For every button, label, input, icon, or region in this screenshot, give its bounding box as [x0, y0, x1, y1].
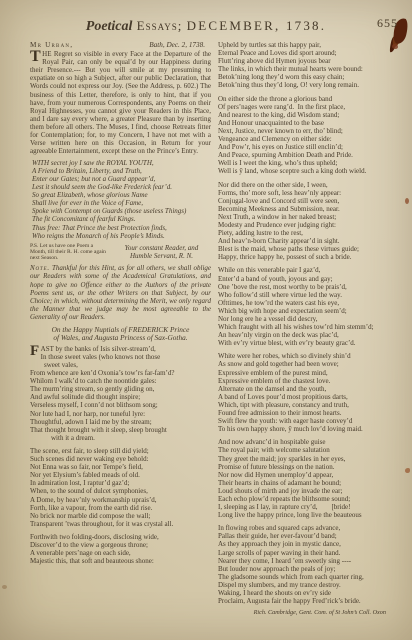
poem-line: And nearest to the king, did Wisdom stan… [218, 111, 404, 119]
poem-line: Who follow’d still where virtue led the … [218, 291, 404, 299]
poem-line: AST by the banks of Isis silver-stream’d… [30, 345, 211, 353]
poem-line: While on this venerable pair I gaz’d, [218, 266, 404, 274]
poem-line: Upheld by turtles sat this happy pair, [218, 41, 404, 49]
poem-line: Verseless myself, I conn’d not blithsom … [30, 401, 211, 409]
nuptials-poem-right-stanzas: Upheld by turtles sat this happy pair,Et… [218, 41, 404, 605]
poem-line: Not Enna was so fair, nor Tempe’s field, [30, 463, 211, 471]
poem-line: When, to the sound of dulcet symphonies, [30, 487, 211, 495]
poem-line: Nor long ere he a vessel did descry, [218, 315, 404, 323]
nuptials-heading-line-2: of Wales, and Augusta Princess of Sax-Go… [30, 334, 211, 342]
poem-line: And heav’n-born Charity appear’d in sigh… [218, 237, 404, 245]
poem-line: Becoming Meekness and Submission, near. [218, 205, 404, 213]
poem-line: The scene, erst fair, to sleep still did… [30, 447, 211, 455]
running-header: Poetical Essays; DECEMBER, 1738. 655 [0, 0, 412, 35]
nuptials-heading: On the Happy Nuptials of FREDERICK Princ… [30, 326, 211, 343]
poem-stanza: Forthwith two folding-doors, disclosing … [30, 533, 211, 565]
nuptials-poem-left-stanzas: The scene, erst fair, to sleep still did… [30, 447, 211, 565]
poem-line: White were her robes, which so divinely … [218, 352, 404, 360]
poem-line: Who reigns the Monarch of his People’s M… [32, 232, 211, 240]
poem-line: A Dome, by heav’nly workmanship uprais’d… [30, 496, 211, 504]
poem-line: Next, Justice, never known to err, tho’ … [218, 127, 404, 135]
text-columns: Mr Urban, Bath, Dec. 2, 1738. THE Regret… [0, 35, 412, 617]
poem-stanza: On either side the throne a glorious ban… [218, 95, 404, 176]
poem-line: To his own happy shore, ȳ much lov’d lov… [218, 425, 404, 433]
poem-stanza: Nor did there on the other side, I ween,… [218, 181, 404, 262]
poem-line: Ofttimes, he tow’rd the waters cast his … [218, 299, 404, 307]
poem-line: Whilom I walk’d to catch the noontide ga… [30, 377, 211, 385]
letter-paragraph: THE Regret so visible in every Face at t… [30, 50, 211, 155]
poem-line: Enter’d a band of youth, joyous and gay; [218, 275, 404, 283]
poem-line: On either side the throne a glorious ban… [218, 95, 404, 103]
poem-line: Betok’ning thus they’d long, O! very lon… [218, 81, 404, 89]
poem-line: Well is ȳ land, whose sceptre such a kin… [218, 167, 404, 175]
poem-line: Eternal Peace and Loves did sport around… [218, 49, 404, 57]
poem-line: Found free admission to their inmost hea… [218, 409, 404, 417]
poem-line: Forth, like a vapour, from the earth did… [30, 504, 211, 512]
poem-line: A venerable pers’nage on each side, [30, 549, 211, 557]
left-column: Mr Urban, Bath, Dec. 2, 1738. THE Regret… [30, 41, 211, 617]
right-column: Upheld by turtles sat this happy pair,Et… [218, 41, 404, 617]
poem-line: The links, in which their mutual hearts … [218, 65, 404, 73]
poem-line: Each echo plow’d repeats the blithsome s… [218, 495, 404, 503]
poem-line: Thoughtful, adown I laid me by the strea… [30, 418, 211, 426]
poem-stanza: In flowing robes and squared caps advanc… [218, 524, 404, 605]
poem-stanza: While on this venerable pair I gaz’d,Ent… [218, 266, 404, 347]
poem-line: A band of Loves pour’d most propitious d… [218, 393, 404, 401]
poem-line: Conjugal-love and Concord still were see… [218, 197, 404, 205]
entry-poem: WITH secret joy I saw the ROYAL YOUTH,A … [32, 159, 211, 240]
signature-line-2: Humble Servant, R. N. [112, 252, 211, 260]
poem-line: Large scrolls of paper waving in their h… [218, 549, 404, 557]
poem-line: Blest is the maid, whose paths these vir… [218, 245, 404, 253]
poem-line: Pallas their guide, her ever-favour’d ba… [218, 532, 404, 540]
poem-line: Majestic this, that soft and beauteous s… [30, 557, 211, 565]
poem-line: And Peace, spurning Ambition Death and P… [218, 151, 404, 159]
header-title-month: DECEMBER, 1738. [187, 18, 327, 33]
poem-line: Transparent ’twas throughout, for it was… [30, 520, 211, 528]
poem-line: Forthwith two folding-doors, disclosing … [30, 533, 211, 541]
poem-line: In admiration lost, I raptur’d gaz’d; [30, 479, 211, 487]
drop-cap-T: T [30, 50, 42, 64]
poem-line: Piety, adding lustre to the rest, [218, 229, 404, 237]
poem-line: Flutt’ring above did Hymen joyous bear [218, 57, 404, 65]
poem-line: Swift flew the youth: with eager haste c… [218, 417, 404, 425]
poem-line: From whence are ken’d Oxonia’s tow’rs fa… [30, 369, 211, 377]
nuptials-poem-first-stanza: FAST by the banks of Isis silver-stream’… [30, 345, 211, 442]
poem-line: And Honour unacquainted to the base [218, 119, 404, 127]
poem-line: Lest it should seem the God-like Frederi… [32, 183, 211, 191]
poem-line: Nor yet Elysium’s fabled meads of old. [30, 471, 211, 479]
poem-stanza: And now advanc’d in hospitable guiseThe … [218, 438, 404, 519]
poem-line: Dispel my slumbers, and my trance destro… [218, 581, 404, 589]
poem-line: Forms, tho’ more soft, less heav’nly app… [218, 189, 404, 197]
poem-line: Nor did there on the other side, I ween, [218, 181, 404, 189]
poem-line: Nearer they come, I heard ’em sweetly si… [218, 557, 404, 565]
poem-line: Expressive emblem of the chastest love. [218, 377, 404, 385]
poem-line: Betok’ning long they’d worn this easy ch… [218, 73, 404, 81]
poem-line: They greet the maid; joy sparkles in her… [218, 455, 404, 463]
poem-line: Nor lute had I, nor harp, nor tuneful ly… [30, 410, 211, 418]
signature-block: Your constant Reader, and Humble Servant… [112, 243, 211, 260]
poem-line: An heav’nly virgin on the deck was plac’… [218, 331, 404, 339]
header-title-essays: Essays; [132, 18, 186, 33]
poem-line: Which big with hope and expectation seem… [218, 307, 404, 315]
poem-line: The murm’ring stream, so gently gliding … [30, 385, 211, 393]
poem-line: Discover’d to the view a gorgeous throne… [30, 541, 211, 549]
poem-line: Which, tipt with pleasure, constancy and… [218, 401, 404, 409]
poem-line: Thus free: That Prince the best Protecti… [32, 224, 211, 232]
poem-line: A Friend to Britain, Liberty, and Truth, [32, 167, 211, 175]
poem-line: Of pers’nages were rang’d. In the first … [218, 103, 404, 111]
poem-line: Happy, thrice happy he, possest of such … [218, 253, 404, 261]
note-body: Thankful for this Hint, as for all other… [30, 264, 211, 321]
poem-line: Expressive emblem of the purest mind, [218, 369, 404, 377]
poem-line: Next Truth, a window in her naked breast… [218, 213, 404, 221]
poem-line: Loud shouts of mirth and joy invade the … [218, 487, 404, 495]
author-attribution: Rich. Cambridge, Gent. Com. of St John’s… [218, 609, 404, 617]
poem-line: Shall live for ever in the Voice of Fame… [32, 199, 211, 207]
page-number: 655 [377, 16, 398, 31]
poem-line: Which fraught with all his wishes tow’rd… [218, 323, 404, 331]
poem-line: And awful solitude did thought inspire; [30, 393, 211, 401]
poem-stanza: Upheld by turtles sat this happy pair,Et… [218, 41, 404, 90]
poem-line: The fit Concomitant of fearful Kings. [32, 215, 211, 223]
note-label: Note. [30, 264, 50, 272]
poem-line: As snow and gold together had been wove; [218, 360, 404, 368]
poem-line: Promise of future blessings on the natio… [218, 463, 404, 471]
poem-line: sweet vales, [30, 361, 211, 369]
poem-line: As they approach they join in mystic dan… [218, 540, 404, 548]
header-title-poetical: Poetical [86, 19, 133, 34]
poem-stanza: White were her robes, which so divinely … [218, 352, 404, 433]
poem-line: The royal pair; with welcome salutation [218, 446, 404, 454]
salutation-row: Mr Urban, Bath, Dec. 2, 1738. [30, 41, 211, 49]
signature-line-1: Your constant Reader, and [112, 244, 211, 252]
scanned-page: Poetical Essays; DECEMBER, 1738. 655 Mr … [0, 0, 412, 640]
letter-body: HE Regret so visible in every Face at th… [30, 50, 211, 155]
dateline: Bath, Dec. 2, 1738. [149, 41, 205, 49]
salutation: Mr Urban, [30, 41, 73, 49]
poem-line: Well is I weet the king, who’s thus uphe… [218, 159, 404, 167]
poem-line: But louder now approach the peals of joy… [218, 565, 404, 573]
first-stanza-lines: AST by the banks of Isis silver-stream’d… [30, 345, 211, 442]
poem-line: Nor now did Hymen unemploy’d appear, [218, 471, 404, 479]
editor-note: Note. Thankful for this Hint, as for all… [30, 264, 211, 321]
poem-line: Spoke with Contempt on Guards (those use… [32, 207, 211, 215]
poem-line: Long live the happy prince, long live th… [218, 511, 404, 519]
poem-line: The gladsome sounds which from each quar… [218, 573, 404, 581]
poem-line: No brick nor marble did compose the wall… [30, 512, 211, 520]
poem-line: That thought brought with it sleep, slee… [30, 426, 211, 434]
poem-line: WITH secret joy I saw the ROYAL YOUTH, [32, 159, 211, 167]
poem-line: And now advanc’d in hospitable guise [218, 438, 404, 446]
poem-line: Enter our Gates; but not a Guard appear’… [32, 175, 211, 183]
poem-line: In those sweet vales (who knows not thos… [30, 353, 211, 361]
poem-stanza: The scene, erst fair, to sleep still did… [30, 447, 211, 528]
poem-line: Proclaim, Augusta fair the happy Fred’ri… [218, 597, 404, 605]
poem-line: with it a dream. [30, 434, 211, 442]
poem-line: Vengeance and Clemency on either side: [218, 135, 404, 143]
poem-line: I, sleeping as I lay, in rapture cry’d, … [218, 503, 404, 511]
poem-line: In flowing robes and squared caps advanc… [218, 524, 404, 532]
poem-line: Such scenes did never waking eye behold: [30, 455, 211, 463]
poem-line: So great Elizabeth, whose glorious Name [32, 191, 211, 199]
poem-line: Modesty and Prudence ever judging right: [218, 221, 404, 229]
poem-line: One ’bove the rest, most worthy to be pr… [218, 283, 404, 291]
postscript-row: P.S. Let us have one Poem a Month, till … [30, 243, 211, 262]
poem-line: Alternate on the damsel and the youth, [218, 385, 404, 393]
poem-line: And Pow’r, his eyes on Justice still enc… [218, 143, 404, 151]
drop-cap-F: F [30, 345, 41, 359]
poem-line: Their hearts in chains of adamant he bou… [218, 479, 404, 487]
poem-line: With ev’ry virtue blest, with ev’ry beau… [218, 339, 404, 347]
postscript-note: P.S. Let us have one Poem a Month, till … [30, 243, 108, 262]
poem-line: Waking, I heard the shouts on ev’ry side [218, 589, 404, 597]
